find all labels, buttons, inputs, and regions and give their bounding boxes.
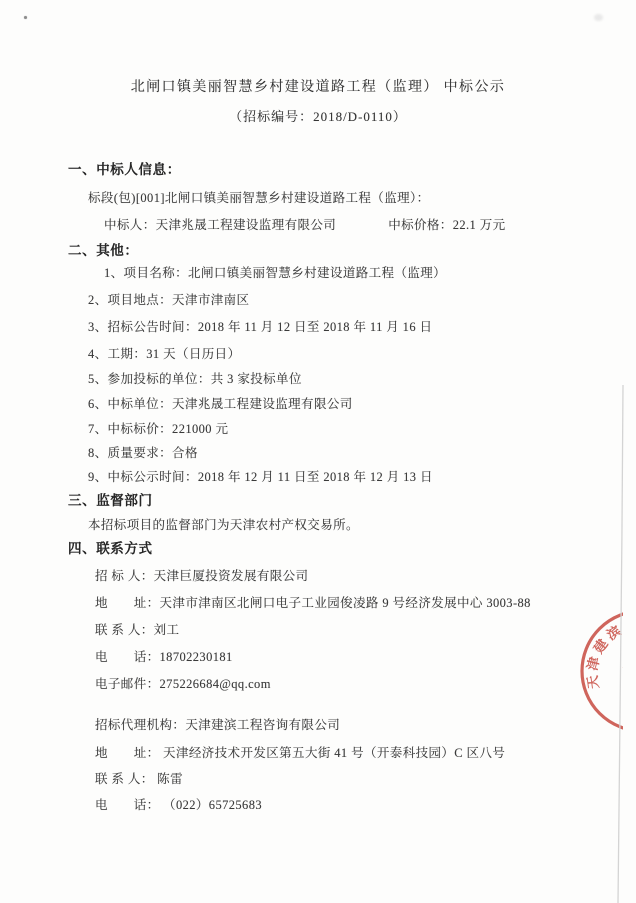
field-value: 天津市津南区北闸口电子工业园俊凌路 9 号经济发展中心 3003-88 — [160, 596, 531, 610]
scan-speck-top-right — [594, 14, 603, 21]
tenderer-email-line: 电子邮件：275226684@qq.com — [95, 677, 271, 691]
field-value: 天津经济技术开发区第五大街 41 号（开泰科技园）C 区八号 — [160, 746, 506, 760]
field-label: 电 话： — [95, 650, 160, 664]
field-value: 18702230181 — [160, 650, 233, 664]
winner-price-line: 中标人：天津兆晟工程建设监理有限公司中标价格：22.1 万元 — [104, 218, 506, 232]
field-label: 联 系 人： — [95, 772, 154, 786]
other-item-2: 2、项目地点：天津市津南区 — [88, 293, 249, 307]
section-heading-contact: 四、联系方式 — [68, 541, 153, 557]
field-value: （022）65725683 — [160, 798, 262, 812]
section-heading-supervision: 三、监督部门 — [68, 493, 153, 509]
seal-star-icon: ★ — [619, 641, 623, 706]
field-label: 地 址： — [95, 746, 160, 760]
tenderer-phone-line: 电 话：18702230181 — [95, 650, 233, 664]
tenderer-address-line: 地 址：天津市津南区北闸口电子工业园俊凌路 9 号经济发展中心 3003-88 — [95, 596, 531, 610]
field-value: 陈雷 — [154, 772, 183, 786]
section-heading-other: 二、其他： — [68, 243, 139, 259]
tenderer-name-line: 招 标 人：天津巨厦投资发展有限公司 — [95, 569, 308, 583]
field-label: 电子邮件： — [95, 677, 160, 691]
seal-ring-text: 天津建滨工程咨询有限公司 — [560, 598, 623, 690]
agency-address-line: 地 址： 天津经济技术开发区第五大街 41 号（开泰科技园）C 区八号 — [95, 746, 505, 760]
page-title: 北闸口镇美丽智慧乡村建设道路工程（监理） 中标公示 — [0, 80, 636, 96]
bid-number-subtitle: （招标编号：2018/D-0110） — [0, 110, 636, 125]
other-item-7: 7、中标标价：221000 元 — [88, 422, 228, 436]
other-item-3: 3、招标公告时间：2018 年 11 月 12 日至 2018 年 11 月 1… — [88, 320, 432, 334]
other-item-1: 1、项目名称：北闸口镇美丽智慧乡村建设道路工程（监理） — [104, 266, 446, 280]
section-heading-winner-info: 一、中标人信息： — [68, 162, 181, 178]
scanned-document-page: 北闸口镇美丽智慧乡村建设道路工程（监理） 中标公示 （招标编号：2018/D-0… — [0, 0, 636, 903]
field-label: 招标代理机构： — [95, 718, 185, 732]
agency-phone-line: 电 话： （022）65725683 — [95, 798, 262, 812]
tenderer-contact-line: 联 系 人：刘工 — [95, 623, 179, 637]
field-value: 刘工 — [154, 623, 180, 637]
winner-price: 中标价格：22.1 万元 — [388, 218, 505, 232]
lot-line: 标段(包)[001]北闸口镇美丽智慧乡村建设道路工程（监理）： — [88, 191, 430, 205]
other-item-4: 4、工期：31 天（日历日） — [88, 347, 240, 361]
field-value: 天津巨厦投资发展有限公司 — [154, 569, 309, 583]
other-item-8: 8、质量要求：合格 — [88, 446, 198, 460]
field-label: 联 系 人： — [95, 623, 154, 637]
company-seal-stamp-icon: 天津建滨工程咨询有限公司 ★ — [560, 598, 623, 743]
svg-text:天津建滨工程咨询有限公司: 天津建滨工程咨询有限公司 — [560, 598, 623, 690]
agency-contact-line: 联 系 人： 陈雷 — [95, 772, 183, 786]
other-item-6: 6、中标单位：天津兆晟工程建设监理有限公司 — [88, 397, 353, 411]
field-value: 天津建滨工程咨询有限公司 — [185, 718, 340, 732]
scan-speck-top-left — [24, 16, 27, 19]
field-label: 招 标 人： — [95, 569, 154, 583]
agency-name-line: 招标代理机构：天津建滨工程咨询有限公司 — [95, 718, 340, 732]
field-value: 275226684@qq.com — [160, 677, 271, 691]
field-label: 地 址： — [95, 596, 160, 610]
other-item-5: 5、参加投标的单位：共 3 家投标单位 — [88, 372, 302, 386]
winner-name: 中标人：天津兆晟工程建设监理有限公司 — [104, 218, 336, 232]
supervision-body: 本招标项目的监督部门为天津农村产权交易所。 — [88, 518, 359, 532]
field-label: 电 话： — [95, 798, 160, 812]
other-item-9: 9、中标公示时间：2018 年 12 月 11 日至 2018 年 12 月 1… — [88, 470, 433, 484]
